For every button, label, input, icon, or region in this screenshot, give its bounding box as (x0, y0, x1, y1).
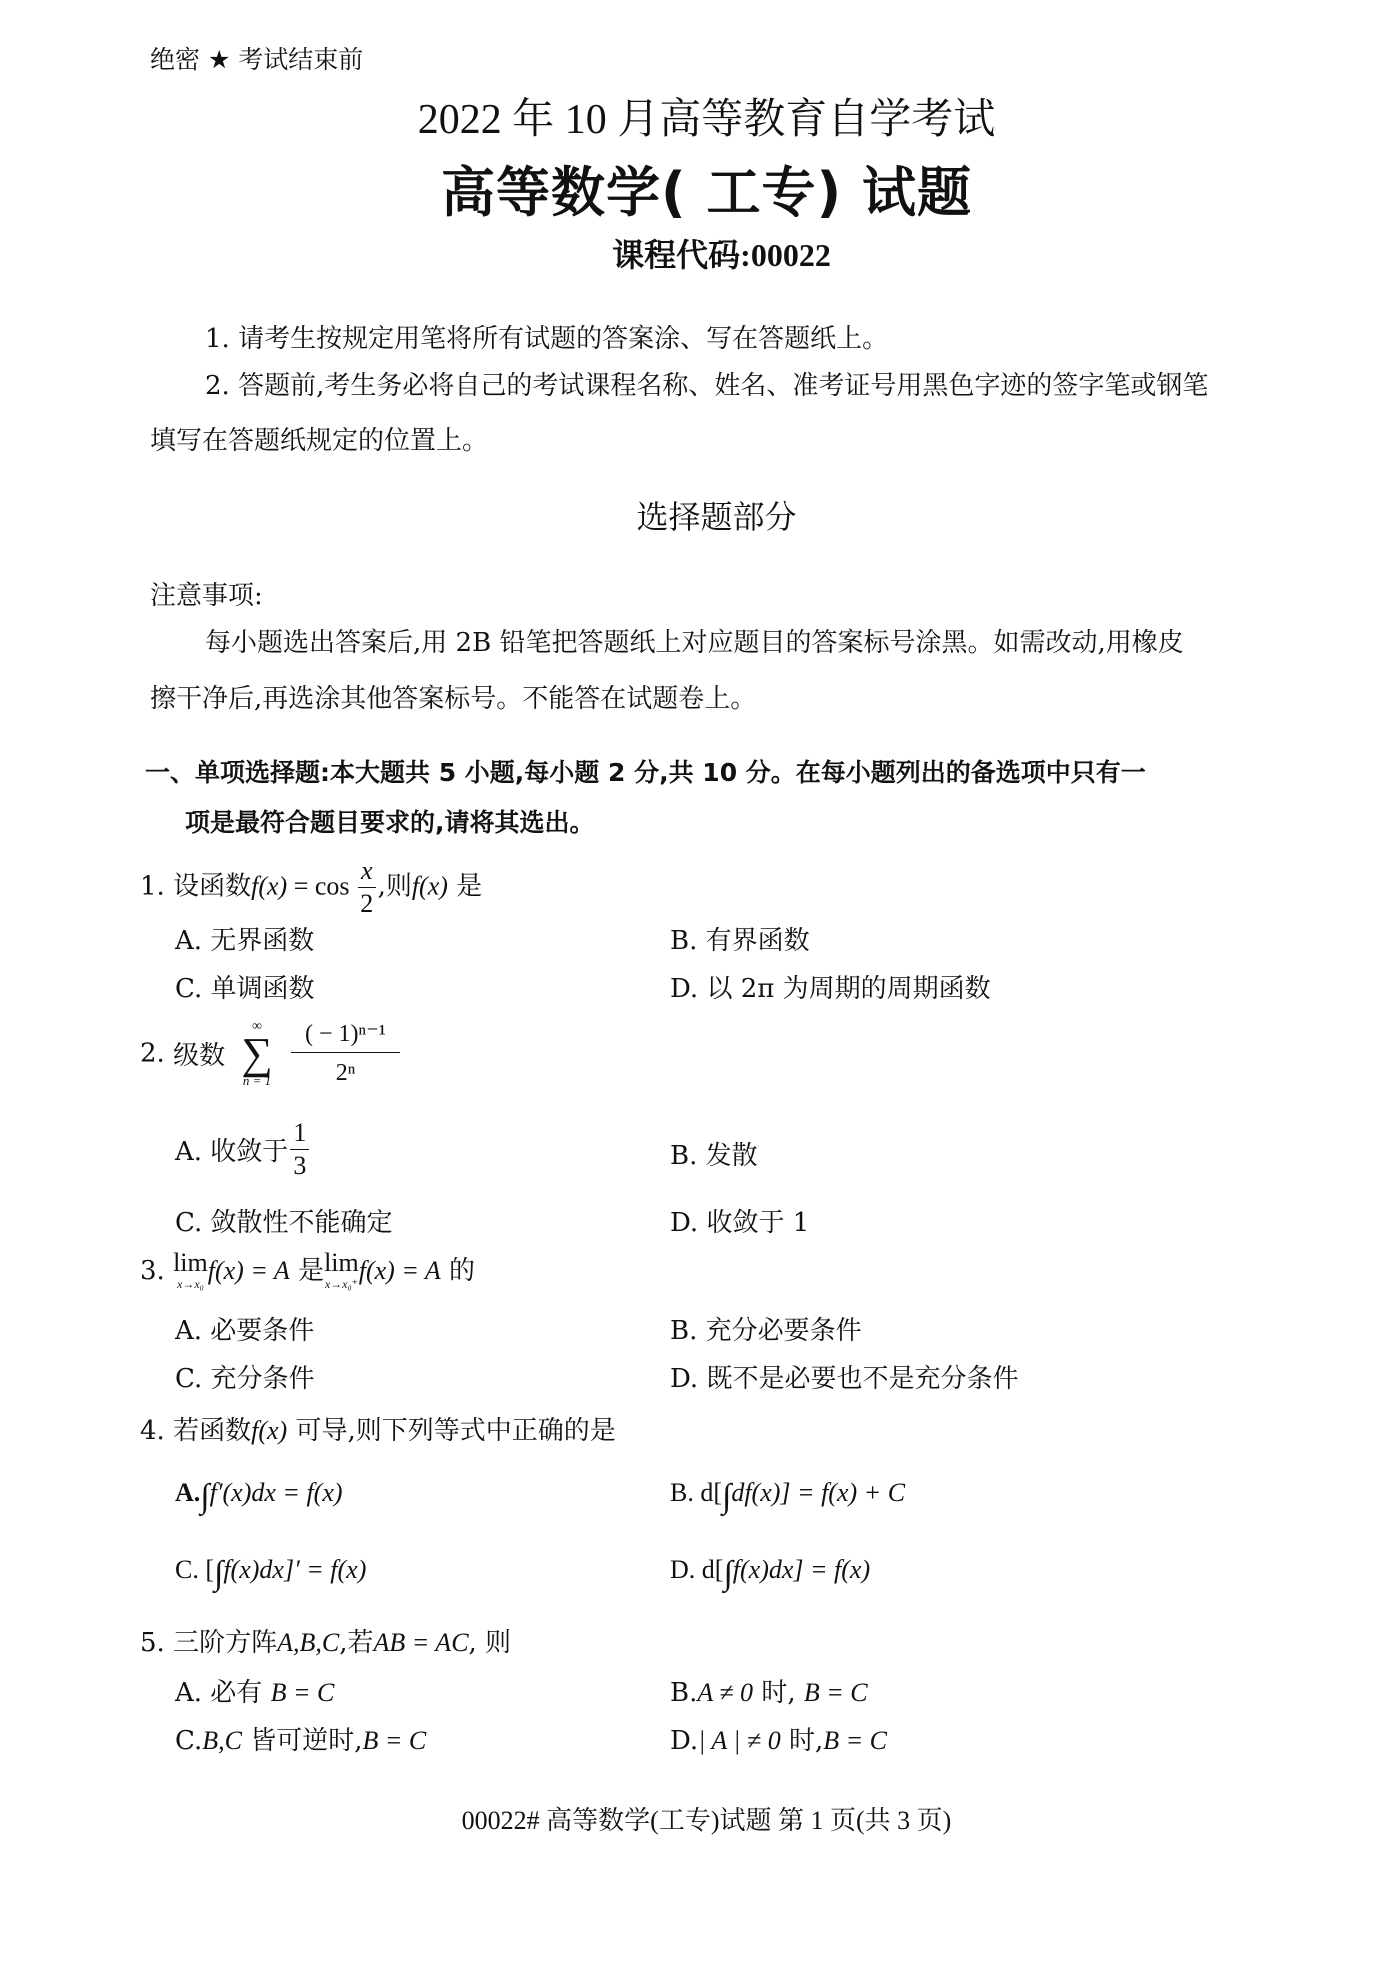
question-text: 的 (441, 1256, 475, 1286)
subject-title: 高等数学( 工专) 试题 (0, 150, 1373, 227)
fraction: ( − 1)ⁿ⁻¹2ⁿ (291, 1022, 400, 1085)
question-1-option-a: A. 无界函数 (175, 920, 314, 957)
confidential-label: 绝密 ★ 考试结束前 (150, 40, 363, 76)
question-text: ,若 (339, 1628, 373, 1658)
integral-icon: ∫ (723, 1555, 732, 1592)
question-3-stem: 3. limx→x₀f(x) = A 是limx→x₀⁺f(x) = A 的 (140, 1250, 475, 1290)
question-text: 是 (448, 872, 482, 902)
question-3-option-b: B. 充分必要条件 (670, 1310, 862, 1347)
fraction-denominator: 3 (293, 1150, 306, 1179)
option-label: D. (670, 1726, 698, 1756)
question-number: 4. (140, 1416, 165, 1446)
question-text: 可导,则下列等式中正确的是 (287, 1416, 616, 1446)
question-4-stem: 4. 若函数f(x) 可导,则下列等式中正确的是 (140, 1410, 616, 1447)
math-expr: f(x)dx]′ = f(x) (223, 1555, 366, 1584)
instruction-1: 1. 请考生按规定用笔将所有试题的答案涂、写在答题纸上。 (205, 318, 888, 355)
question-2-option-a: A. 收敛于13 (175, 1120, 311, 1179)
question-2-option-d: D. 收敛于 1 (670, 1202, 809, 1239)
math-expr: f(x) (412, 872, 448, 901)
sum-lower-limit: n = 1 (243, 1074, 271, 1087)
math-expr: f′(x)dx = f(x) (210, 1478, 343, 1507)
math-expr: f(x) = A (359, 1256, 441, 1285)
question-text: 设函数 (173, 872, 251, 902)
math-expr: f(x) = A (208, 1256, 290, 1285)
math-expr: A ≠ 0 (697, 1678, 753, 1707)
question-3-option-c: C. 充分条件 (175, 1358, 315, 1395)
question-3-option-a: A. 必要条件 (175, 1310, 314, 1347)
fraction-denominator: 2ⁿ (336, 1053, 356, 1085)
fraction-numerator: x (358, 858, 376, 888)
fraction-numerator: ( − 1)ⁿ⁻¹ (291, 1022, 400, 1053)
question-text: , 则 (469, 1628, 512, 1658)
question-number: 2. (140, 1038, 165, 1068)
math-expr: f(x) (251, 1416, 287, 1445)
question-text: ,则 (378, 872, 412, 902)
fraction: x2 (358, 858, 376, 917)
fraction-denominator: 2 (360, 888, 373, 917)
instruction-2-line2: 填写在答题纸规定的位置上。 (150, 420, 488, 457)
math-expr: B = C (823, 1726, 887, 1755)
question-2-option-b: B. 发散 (670, 1135, 758, 1172)
option-label: B. d[ (670, 1478, 722, 1507)
question-text: 是 (290, 1256, 324, 1286)
instruction-2-line1: 2. 答题前,考生务必将自己的考试课程名称、姓名、准考证号用黑色字迹的签字笔或钢… (205, 365, 1208, 402)
lim-operator: lim (173, 1250, 208, 1276)
summation: ∞∑n = 1 (241, 1020, 272, 1087)
fraction-numerator: 1 (290, 1120, 309, 1150)
question-number: 1. (140, 872, 165, 902)
question-2-option-c: C. 敛散性不能确定 (175, 1202, 393, 1239)
option-label: D. d[ (670, 1555, 723, 1584)
integral-icon: ∫ (214, 1555, 223, 1592)
question-1-option-b: B. 有界函数 (670, 920, 810, 957)
lim-subscript: x→x₀ (177, 1278, 204, 1290)
attention-line2: 擦干净后,再选涂其他答案标号。不能答在试题卷上。 (150, 678, 756, 715)
option-label: C. [ (175, 1555, 214, 1584)
question-4-option-a: A.∫f′(x)dx = f(x) (175, 1478, 343, 1516)
question-text: 级数 (173, 1041, 225, 1071)
question-4-option-c: C. [∫f(x)dx]′ = f(x) (175, 1555, 366, 1593)
question-number: 3. (140, 1256, 165, 1286)
question-5-option-a: A. 必有 B = C (175, 1672, 334, 1709)
limit: limx→x₀⁺ (324, 1250, 359, 1290)
math-expr: AB = AC (373, 1628, 468, 1657)
math-expr: B = C (363, 1726, 427, 1755)
question-5-stem: 5. 三阶方阵A,B,C,若AB = AC, 则 (140, 1622, 511, 1659)
option-text: A. 收敛于 (175, 1137, 288, 1167)
math-expr: B = C (804, 1678, 868, 1707)
course-code: 课程代码:00022 (0, 230, 1373, 276)
math-expr: A,B,C (277, 1628, 339, 1657)
option-text: 皆可逆时, (242, 1726, 363, 1756)
question-text: 若函数 (173, 1416, 251, 1446)
lim-subscript: x→x₀⁺ (325, 1278, 358, 1290)
option-label: B. (670, 1678, 697, 1708)
option-label: C. (175, 1726, 202, 1756)
option-text: A. 必有 (175, 1678, 271, 1708)
math-expr: f(x) (251, 872, 287, 901)
attention-label: 注意事项: (150, 575, 263, 612)
attention-line1: 每小题选出答案后,用 2B 铅笔把答题纸上对应题目的答案标号涂黑。如需改动,用橡… (205, 622, 1184, 659)
option-text: 时, (753, 1678, 804, 1708)
fraction: 13 (290, 1120, 309, 1179)
question-5-option-d: D.| A | ≠ 0 时,B = C (670, 1720, 887, 1757)
exam-title: 2022 年 10 月高等教育自学考试 (0, 86, 1373, 146)
question-1-option-c: C. 单调函数 (175, 968, 315, 1005)
integral-icon: ∫ (722, 1478, 731, 1515)
math-expr: f(x)dx] = f(x) (733, 1555, 870, 1584)
question-5-option-b: B.A ≠ 0 时, B = C (670, 1672, 868, 1709)
lim-operator: lim (324, 1250, 359, 1276)
option-label: A. (175, 1478, 200, 1507)
math-expr: | A | ≠ 0 (698, 1726, 781, 1755)
question-1-option-d: D. 以 2π 为周期的周期函数 (670, 968, 991, 1005)
question-text: 三阶方阵 (173, 1628, 277, 1658)
math-expr: B,C (202, 1726, 242, 1755)
integral-icon: ∫ (200, 1478, 209, 1515)
question-number: 5. (140, 1628, 165, 1658)
page-footer: 00022# 高等数学(工专)试题 第 1 页(共 3 页) (0, 1800, 1373, 1837)
sigma-icon: ∑ (241, 1034, 272, 1074)
math-expr: df(x)] = f(x) + C (731, 1478, 905, 1507)
part1-header-line1: 一、单项选择题:本大题共 5 小题,每小题 2 分,共 10 分。在每小题列出的… (145, 753, 1146, 789)
question-3-option-d: D. 既不是必要也不是充分条件 (670, 1358, 1018, 1395)
question-4-option-d: D. d[∫f(x)dx] = f(x) (670, 1555, 870, 1593)
question-5-option-c: C.B,C 皆可逆时,B = C (175, 1720, 426, 1757)
limit: limx→x₀ (173, 1250, 208, 1290)
part1-header-line2: 项是最符合题目要求的,请将其选出。 (185, 803, 595, 839)
question-4-option-b: B. d[∫df(x)] = f(x) + C (670, 1478, 905, 1516)
question-2-stem: 2. 级数 ∞∑n = 1 ( − 1)ⁿ⁻¹2ⁿ (140, 1020, 402, 1087)
option-text: 时, (781, 1726, 824, 1756)
question-1-stem: 1. 设函数f(x) = cos x2,则f(x) 是 (140, 858, 482, 917)
math-expr: B = C (271, 1678, 335, 1707)
section-title: 选择题部分 (0, 492, 1373, 538)
math-expr: = cos (287, 872, 356, 901)
